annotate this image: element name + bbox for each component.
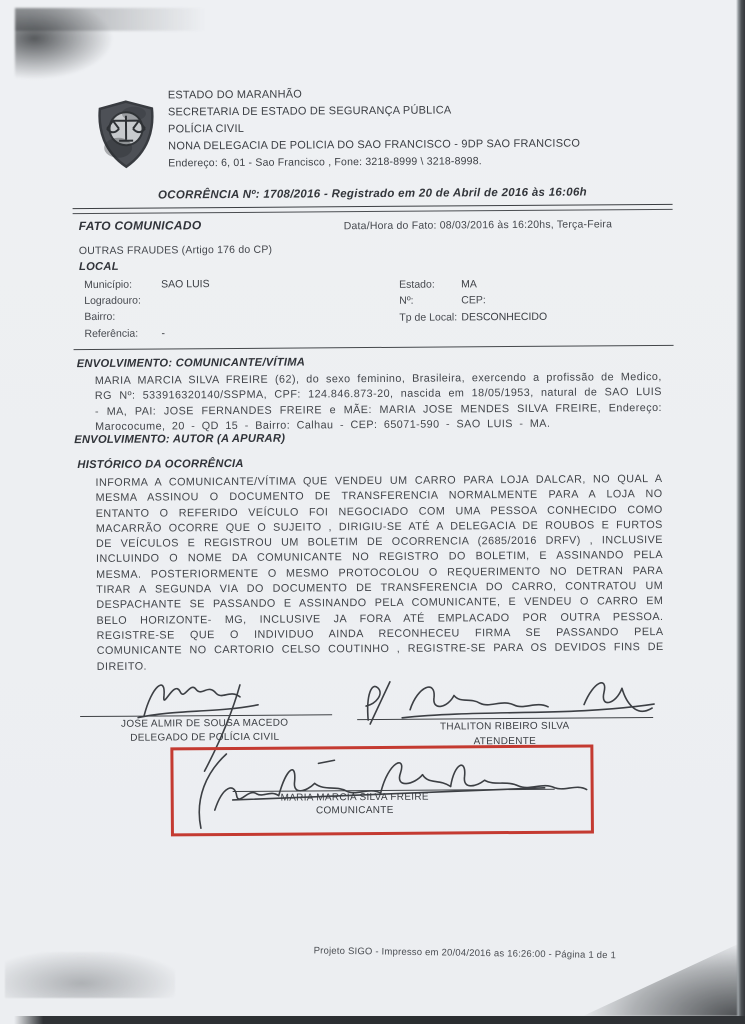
field-label: CEP: <box>461 294 486 306</box>
section-title-fato-comunicado: FATO COMUNICADO <box>79 218 202 233</box>
comunicante-name: MARIA MARCIA SILVA FREIRE <box>230 791 480 804</box>
field-estado: Estado: MA <box>399 277 679 294</box>
police-crest-icon <box>94 99 158 169</box>
scanned-police-report-page: ESTADO DO MARANHÃO SECRETARIA DE ESTADO … <box>0 0 745 1024</box>
header-divider <box>73 204 673 214</box>
atendente-name: THALITON RIBEIRO SILVA <box>387 720 622 733</box>
field-numero-cep: Nº: CEP: <box>399 293 679 310</box>
field-label: Logradouro: <box>84 295 141 307</box>
field-label: Referência: <box>84 328 138 340</box>
fact-datetime: Data/Hora do Fato: 08/03/2016 às 16:20hs… <box>344 218 612 232</box>
org-address-line: Endereço: 6, 01 - Sao Francisco , Fone: … <box>168 153 580 173</box>
historico-narrative-paragraph: INFORMA A COMUNICANTE/VÍTIMA QUE VENDEU … <box>95 472 663 675</box>
field-referencia: Referência: - <box>84 326 384 343</box>
field-value: - <box>161 327 165 339</box>
document-content: ESTADO DO MARANHÃO SECRETARIA DE ESTADO … <box>0 0 745 1024</box>
field-label: Nº: <box>399 295 413 307</box>
field-value: DESCONHECIDO <box>461 311 547 324</box>
field-municipio: Município: SAO LUIS <box>84 277 384 294</box>
section-title-envolvimento-autor: ENVOLVIMENTO: AUTOR (A APURAR) <box>74 433 285 446</box>
field-logradouro: Logradouro: <box>84 293 384 310</box>
occurrence-number-line: OCORRÊNCIA Nº: 1708/2016 - Registrado em… <box>73 186 671 202</box>
field-label: Estado: <box>399 279 435 291</box>
print-footer: Projeto SIGO - Impresso em 20/04/2016 as… <box>314 945 617 961</box>
crime-type: OUTRAS FRAUDES (Artigo 176 do CP) <box>79 244 272 257</box>
field-label: Município: <box>84 279 132 291</box>
field-label: Tp de Local: <box>399 311 457 323</box>
letterhead: ESTADO DO MARANHÃO SECRETARIA DE ESTADO … <box>168 85 581 173</box>
comunicante-details-paragraph: MARIA MARCIA SILVA FREIRE (62), do sexo … <box>95 370 662 435</box>
field-value: MA <box>461 278 477 290</box>
field-label: Bairro: <box>84 311 115 323</box>
section-title-envolvimento-comunicante: ENVOLVIMENTO: COMUNICANTE/VÍTIMA <box>77 356 306 370</box>
delegado-name: JOSE ALMIR DE SOUSA MACEDO <box>97 717 312 730</box>
comunicante-role: COMUNICANTE <box>230 804 480 817</box>
delegado-role: DELEGADO DE POLÍCIA CIVIL <box>97 731 312 744</box>
field-value: SAO LUIS <box>161 278 210 290</box>
org-line: NONA DELEGACIA DE POLICIA DO SAO FRANCIS… <box>168 136 580 156</box>
delegado-signature-block: JOSE ALMIR DE SOUSA MACEDO DELEGADO DE P… <box>97 717 312 744</box>
section-divider <box>74 345 674 350</box>
field-tipo-local: Tp de Local: DESCONHECIDO <box>399 310 679 327</box>
section-title-historico: HISTÓRICO DA OCORRÊNCIA <box>77 458 243 471</box>
comunicante-signature-block: MARIA MARCIA SILVA FREIRE COMUNICANTE <box>230 791 480 817</box>
section-title-local: LOCAL <box>79 261 119 273</box>
field-bairro: Bairro: <box>84 309 384 326</box>
